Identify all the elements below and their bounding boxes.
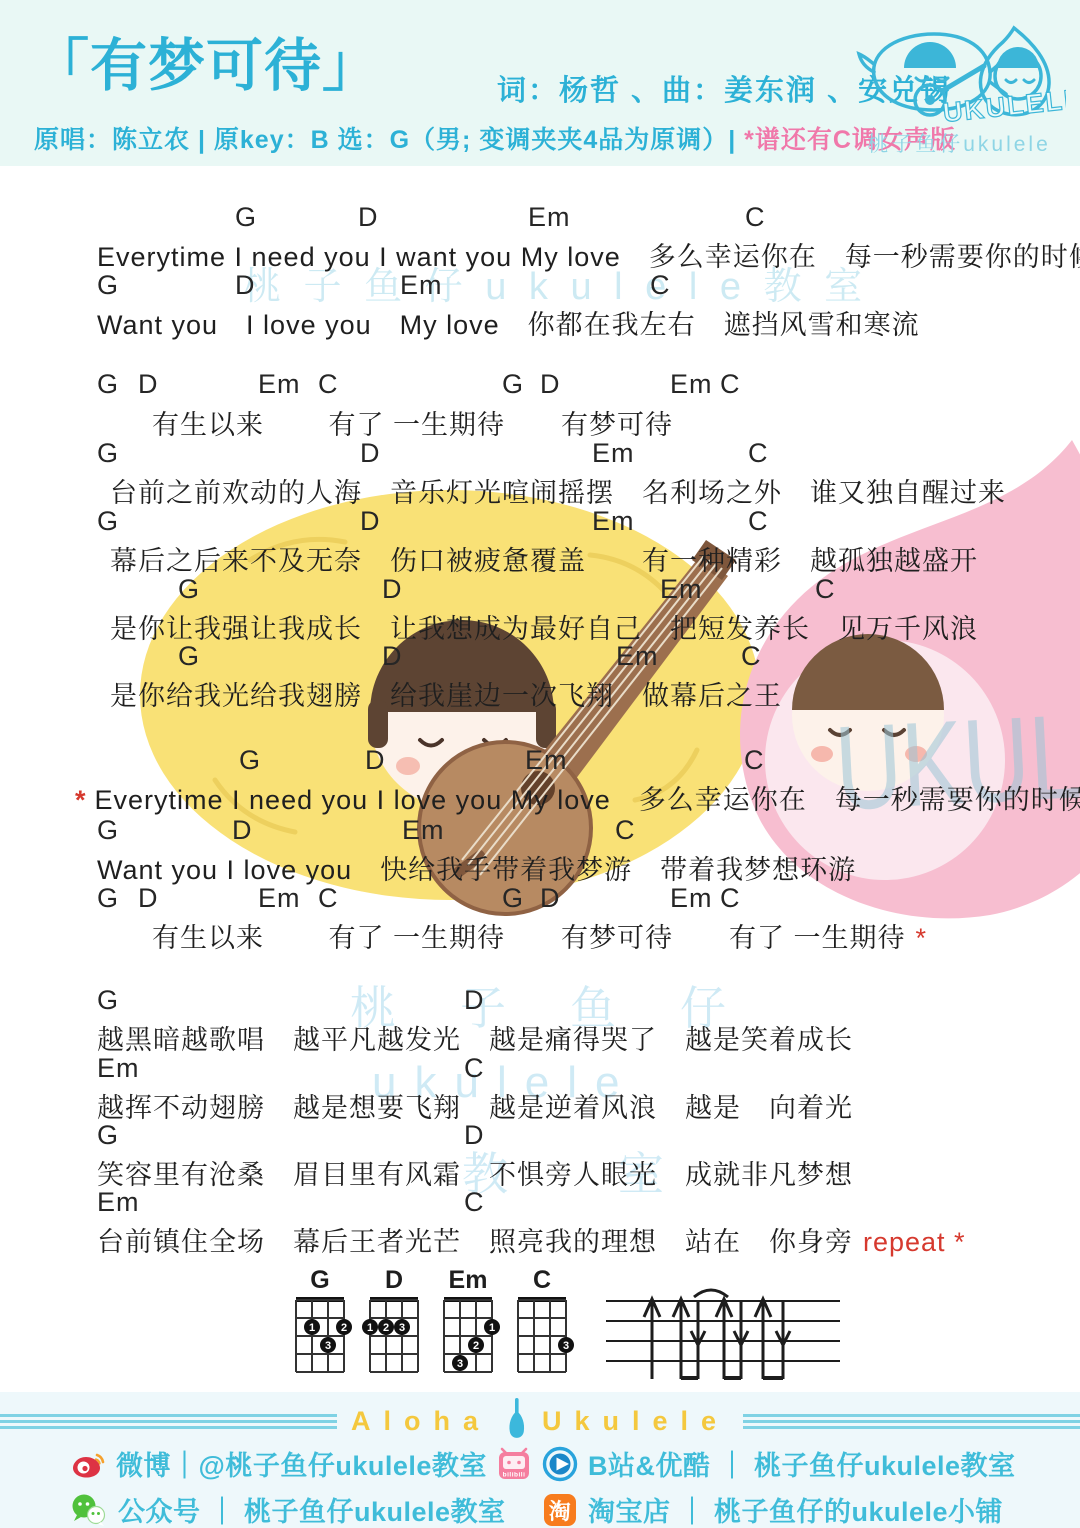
chord-row: GDEmC xyxy=(0,438,1080,468)
chord-label: D xyxy=(360,506,381,537)
svg-text:2: 2 xyxy=(341,1322,347,1334)
banner-lines-right xyxy=(743,1414,1080,1429)
svg-text:1: 1 xyxy=(489,1322,495,1334)
chord-row: GDEmC xyxy=(0,815,1080,845)
chord-label: D xyxy=(360,438,381,469)
chord-label: C xyxy=(464,1187,485,1218)
chord-label: Em xyxy=(592,506,635,537)
chord-label: D xyxy=(232,815,253,846)
chord-label: G xyxy=(97,506,119,537)
chord-label: C xyxy=(815,574,836,605)
chord-label: G xyxy=(178,574,200,605)
lyric-text: 是你给我光给我翅膀 给我崖边一次飞翔 做幕后之王 xyxy=(110,681,782,711)
chord-label: C xyxy=(615,815,636,846)
chord-diagram-Em: Em123 xyxy=(436,1268,500,1402)
chord-label: Em xyxy=(97,1187,140,1218)
chord-label: D xyxy=(365,745,386,776)
banner-lines-left xyxy=(0,1414,337,1429)
chord-label: D xyxy=(464,1120,485,1151)
chord-label: C xyxy=(650,270,671,301)
chord-label: Em xyxy=(400,270,443,301)
repeat-mark: repeat * xyxy=(863,1227,966,1257)
chord-diagram-C: C3 xyxy=(510,1268,574,1402)
chord-diagram-D: D123 xyxy=(362,1268,426,1402)
strum-pattern xyxy=(598,1283,848,1388)
taobao-glyph: 淘 xyxy=(549,1499,572,1524)
lyric-line: 台前镇住全场 幕后王者光芒 照亮我的理想 站在 你身旁repeat * xyxy=(97,1220,966,1259)
svg-text:Em: Em xyxy=(449,1268,488,1294)
bilibili-label: bilibili xyxy=(503,1471,526,1478)
lyric-line: *Everytime I need you I love you My love… xyxy=(75,778,1080,817)
bilibili-icon: bilibili xyxy=(496,1446,532,1482)
chord-label: G xyxy=(239,745,261,776)
lyric-text: Want you I love you My love 你都在我左右 遮挡风雪和… xyxy=(97,310,920,340)
chord-label: G xyxy=(97,438,119,469)
chord-label: C xyxy=(720,369,741,400)
chord-label: G xyxy=(97,985,119,1016)
chord-row: GDEmCGDEmC xyxy=(0,883,1080,913)
aloha-banner: Aloha Ukulele xyxy=(0,1398,1080,1444)
chord-row: GD xyxy=(0,1120,1080,1150)
chord-label: Em xyxy=(402,815,445,846)
chord-label: Em xyxy=(97,1053,140,1084)
chord-label: D xyxy=(540,883,561,914)
chord-row: GDEmC xyxy=(0,745,1080,775)
chord-label: Em xyxy=(660,574,703,605)
youku-play-icon xyxy=(542,1446,578,1482)
chord-row: GDEmC xyxy=(0,270,1080,300)
chord-label: D xyxy=(540,369,561,400)
lyric-text: 有生以来 有了 一生期待 有梦可待 有了 一生期待 xyxy=(152,923,906,953)
chord-row: GDEmC xyxy=(0,202,1080,232)
chord-label: Em xyxy=(670,883,713,914)
chord-label: G xyxy=(97,270,119,301)
lyric-text: 有生以来 有了 一生期待 有梦可待 xyxy=(152,410,673,440)
chord-label: G xyxy=(97,1120,119,1151)
lyric-text: Everytime I need you I love you My love … xyxy=(95,785,1080,815)
chord-row: GDEmC xyxy=(0,506,1080,536)
social-bilibili-label: B站&优酷 ｜ 桃子鱼仔ukulele教室 xyxy=(588,1444,1016,1483)
chord-label: C xyxy=(748,506,769,537)
social-weibo-label: 微博｜@桃子鱼仔ukulele教室 xyxy=(116,1444,487,1483)
svg-text:3: 3 xyxy=(457,1358,463,1370)
chord-label: C xyxy=(741,641,762,672)
svg-text:3: 3 xyxy=(399,1322,405,1334)
lyric-text: Want you I love you 快给我手带着我梦游 带着我梦想环游 xyxy=(97,855,856,885)
chord-label: G xyxy=(97,815,119,846)
chord-label: Em xyxy=(670,369,713,400)
taobao-icon: 淘 xyxy=(542,1492,578,1528)
svg-text:2: 2 xyxy=(383,1322,389,1334)
chord-row: GD xyxy=(0,985,1080,1015)
lyric-line: Want you I love you My love 你都在我左右 遮挡风雪和… xyxy=(97,303,920,342)
chord-label: D xyxy=(138,369,159,400)
lyric-text: 台前镇住全场 幕后王者光芒 照亮我的理想 站在 你身旁 xyxy=(97,1227,853,1257)
chord-label: G xyxy=(97,883,119,914)
lyric-line: 越黑暗越歌唱 越平凡越发光 越是痛得哭了 越是笑着成长 xyxy=(97,1018,853,1057)
chord-row: EmC xyxy=(0,1053,1080,1083)
svg-text:C: C xyxy=(533,1268,551,1294)
chord-diagrams: G123D123Em123C3 xyxy=(288,1268,584,1402)
chord-label: C xyxy=(318,883,339,914)
social-taobao-label: 淘宝店 ｜ 桃子鱼仔的ukulele小铺 xyxy=(588,1490,1003,1528)
chord-label: C xyxy=(748,438,769,469)
chord-label: D xyxy=(138,883,159,914)
chord-label: C xyxy=(464,1053,485,1084)
lyric-line: 是你给我光给我翅膀 给我崖边一次飞翔 做幕后之王 xyxy=(110,674,782,713)
banner-aloha: Aloha xyxy=(351,1406,491,1437)
repeat-mark: * xyxy=(916,923,928,953)
chord-row: EmC xyxy=(0,1187,1080,1217)
svg-text:3: 3 xyxy=(563,1340,569,1352)
social-bilibili-youku: bilibili B站&优酷 ｜ 桃子鱼仔ukulele教室 xyxy=(496,1444,1016,1483)
chord-label: D xyxy=(382,574,403,605)
lyric-line: Everytime I need you I want you My love … xyxy=(97,235,1080,274)
chord-label: D xyxy=(235,270,256,301)
chord-diagram-G: G123 xyxy=(288,1268,352,1402)
chord-label: Em xyxy=(525,745,568,776)
chord-label: Em xyxy=(616,641,659,672)
social-wechat: 公众号 ｜ 桃子鱼仔ukulele教室 xyxy=(70,1490,506,1528)
lyric-text: 笑容里有沧桑 眉目里有风霜 不惧旁人眼光 成就非凡梦想 xyxy=(97,1160,853,1190)
svg-text:D: D xyxy=(385,1268,403,1294)
lyric-text: Everytime I need you I want you My love … xyxy=(97,242,1080,272)
wechat-icon xyxy=(70,1492,108,1528)
chord-label: D xyxy=(464,985,485,1016)
chord-label: C xyxy=(744,745,765,776)
chord-label: Em xyxy=(258,369,301,400)
page: 「有梦可待」 词：杨哲 、曲：姜东润 、安兑锡 原唱：陈立农 | 原key：B … xyxy=(0,0,1080,1528)
chord-label: G xyxy=(502,883,524,914)
chord-label: Em xyxy=(592,438,635,469)
chord-label: G xyxy=(235,202,257,233)
chord-label: G xyxy=(97,369,119,400)
lyric-line: 台前之前欢动的人海 音乐灯光喧闹摇摆 名利场之外 谁又独自醒过来 xyxy=(110,471,1006,510)
banner-ukulele: Ukulele xyxy=(542,1406,729,1437)
lyric-line: 有生以来 有了 一生期待 有梦可待 xyxy=(152,403,673,442)
svg-text:1: 1 xyxy=(309,1322,315,1334)
chord-label: G xyxy=(178,641,200,672)
lyric-text: 越挥不动翅膀 越是想要飞翔 越是逆着风浪 越是 向着光 xyxy=(97,1093,853,1123)
repeat-mark: * xyxy=(75,785,87,815)
chord-row: GDEmC xyxy=(0,641,1080,671)
lyric-line: 有生以来 有了 一生期待 有梦可待 有了 一生期待* xyxy=(152,916,927,955)
lyric-line: 幕后之后来不及无奈 伤口被疲惫覆盖 有一种精彩 越孤独越盛开 xyxy=(110,539,978,578)
weibo-icon xyxy=(70,1446,106,1482)
chord-label: C xyxy=(318,369,339,400)
social-wechat-label: 公众号 ｜ 桃子鱼仔ukulele教室 xyxy=(118,1490,506,1528)
social-weibo: 微博｜@桃子鱼仔ukulele教室 xyxy=(70,1444,487,1483)
lyric-text: 幕后之后来不及无奈 伤口被疲惫覆盖 有一种精彩 越孤独越盛开 xyxy=(110,546,978,576)
svg-text:2: 2 xyxy=(473,1340,479,1352)
chord-label: G xyxy=(502,369,524,400)
ukulele-icon xyxy=(507,1398,526,1444)
chord-label: D xyxy=(382,641,403,672)
chord-label: C xyxy=(720,883,741,914)
lyric-text: 越黑暗越歌唱 越平凡越发光 越是痛得哭了 越是笑着成长 xyxy=(97,1025,853,1055)
chord-row: GDEmCGDEmC xyxy=(0,369,1080,399)
svg-text:G: G xyxy=(310,1268,329,1294)
chord-label: Em xyxy=(258,883,301,914)
chord-label: Em xyxy=(528,202,571,233)
chord-label: C xyxy=(745,202,766,233)
svg-text:1: 1 xyxy=(367,1322,373,1334)
svg-text:3: 3 xyxy=(325,1340,331,1352)
chord-label: D xyxy=(358,202,379,233)
chord-row: GDEmC xyxy=(0,574,1080,604)
lyric-text: 台前之前欢动的人海 音乐灯光喧闹摇摆 名利场之外 谁又独自醒过来 xyxy=(110,478,1006,508)
social-taobao: 淘 淘宝店 ｜ 桃子鱼仔的ukulele小铺 xyxy=(542,1490,1003,1528)
lyric-line: Want you I love you 快给我手带着我梦游 带着我梦想环游 xyxy=(97,848,856,887)
lyric-text: 是你让我强让我成长 让我想成为最好自己 把短发养长 见万千风浪 xyxy=(110,614,978,644)
